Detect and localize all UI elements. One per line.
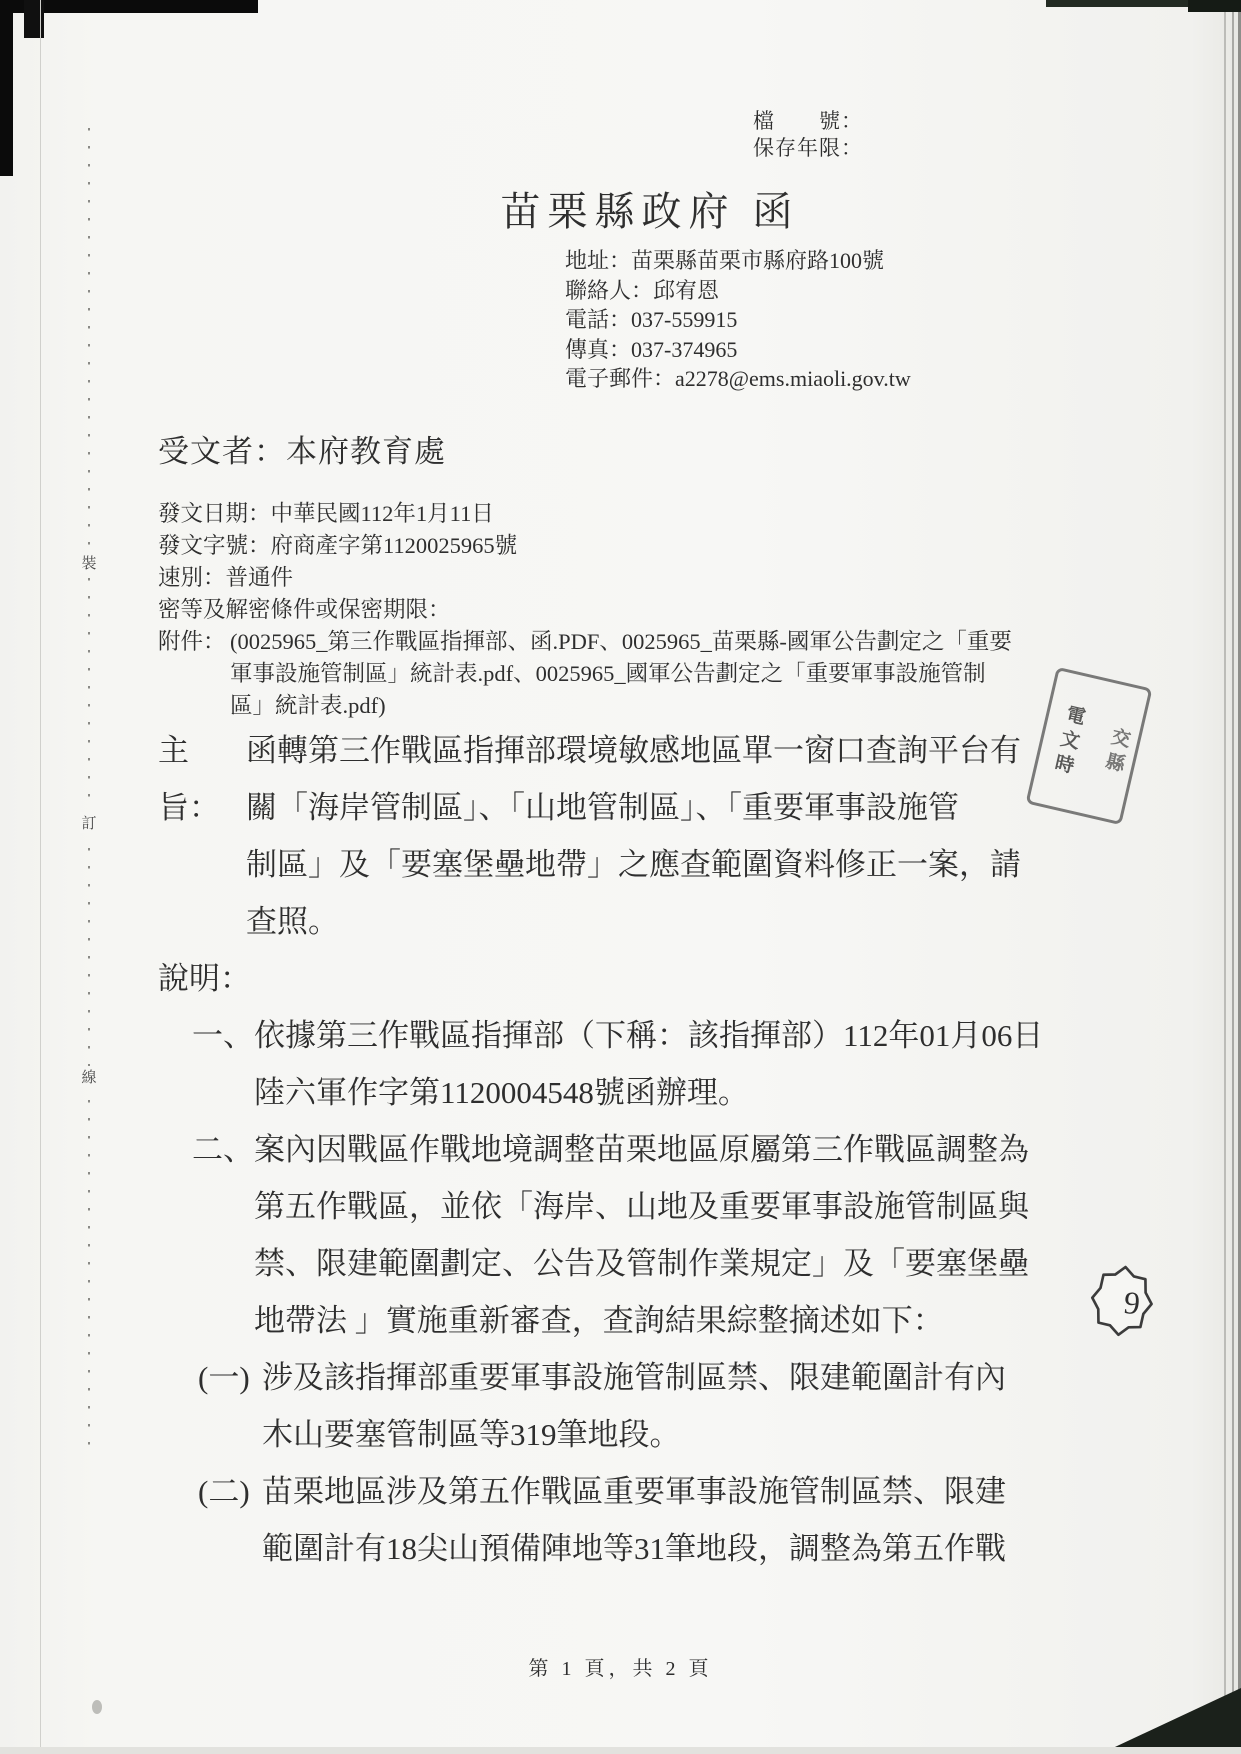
item-line: 地帶法 」實施重新審查，查詢結果綜整摘述如下： [254,1292,1118,1349]
speed-class: 速別：普通件 [158,562,1058,594]
scalloped-page-seal: 9 [1086,1255,1161,1347]
scan-artifact-left-strip [0,0,13,176]
paper-right-edge-line-1 [1224,0,1226,1754]
file-number-label: 檔 號： [753,108,863,135]
description-subitem-2: (二) 苗栗地區涉及第五作戰區重要軍事設施管制區禁、限建 範圍計有18尖山預備陣… [158,1463,1118,1577]
retention-period-label: 保存年限： [753,135,863,162]
sender-info-block: 地址：苗栗縣苗栗市縣府路100號 聯絡人：邱宥恩 電話：037-559915 傳… [565,246,911,394]
document-meta-block: 發文日期：中華民國112年1月11日 發文字號：府商產字第1120025965號… [158,498,1058,722]
scan-artifact-bottom-left-smudge [92,1700,102,1714]
attachment-lines: (0025965_第三作戰區指揮部、函.PDF、0025965_苗栗縣-國軍公告… [230,626,1058,722]
item-number: 一、 [192,1007,254,1121]
subitem-number: (二) [198,1463,262,1577]
scan-artifact-bottom-strip [0,1747,1241,1754]
item-text: 案內因戰區作戰地境調整苗栗地區原屬第三作戰區調整為 第五作戰區，並依「海岸、山地… [254,1121,1118,1349]
subject-section: 主旨： 函轉第三作戰區指揮部環境敏感地區單一窗口查詢平台有 關「海岸管制區」、「… [158,722,1118,950]
description-label: 說明： [158,950,1118,1007]
subject-line: 關「海岸管制區」、「山地管制區」、「重要軍事設施管 [246,779,1021,836]
page-footer: 第 1 頁，共 2 頁 [0,1652,1241,1681]
stamp-left-column: 電文時 [1046,702,1089,781]
scanned-document-page: 裝 訂 線 檔 號： 保存年限： 苗栗縣政府 函 地址：苗栗縣苗栗市縣府路100… [0,0,1241,1754]
item-number: 二、 [192,1121,254,1349]
description-item-1: 一、 依據第三作戰區指揮部（下稱：該指揮部）112年01月06日 陸六軍作字第1… [158,1007,1118,1121]
document-body: 主旨： 函轉第三作戰區指揮部環境敏感地區單一窗口查詢平台有 關「海岸管制區」、「… [158,722,1118,1577]
binding-mark-zhuang: 裝 [80,552,98,573]
attachment-label: 附件： [158,626,230,722]
binding-mark-ding: 訂 [80,812,98,833]
stamp-right-column: 交縣 [1097,725,1135,780]
subject-line: 制區」及「要塞堡壘地帶」之應查範圍資料修正一案，請 [246,836,1021,893]
seal-outline [1089,1264,1155,1338]
subject-line: 查照。 [246,893,1021,950]
item-line: 禁、限建範圍劃定、公告及管制作業規定」及「要塞堡壘 [254,1235,1118,1292]
sender-address: 地址：苗栗縣苗栗市縣府路100號 [565,246,911,276]
scan-artifact-bottom-right-blob [1100,1688,1241,1754]
sender-email: 電子郵件：a2278@ems.miaoli.gov.tw [565,364,911,394]
subitem-line: 木山要塞管制區等319筆地段。 [262,1406,1118,1463]
scan-artifact-top-right-corner [1188,0,1241,12]
subitem-line: 涉及該指揮部重要軍事設施管制區禁、限建範圍計有內 [262,1349,1118,1406]
document-title: 苗栗縣政府 函 [0,180,1241,237]
item-text: 依據第三作戰區指揮部（下稱：該指揮部）112年01月06日 陸六軍作字第1120… [254,1007,1118,1121]
issue-date: 發文日期：中華民國112年1月11日 [158,498,1058,530]
description-subitem-1: (一) 涉及該指揮部重要軍事設施管制區禁、限建範圍計有內 木山要塞管制區等319… [158,1349,1118,1463]
attachment-line: 軍事設施管制區」統計表.pdf、0025965_國軍公告劃定之「重要軍事設施管制 [230,658,1058,690]
item-line: 案內因戰區作戰地境調整苗栗地區原屬第三作戰區調整為 [254,1121,1118,1178]
subitem-text: 苗栗地區涉及第五作戰區重要軍事設施管制區禁、限建 範圍計有18尖山預備陣地等31… [262,1463,1118,1577]
attachment-row: 附件： (0025965_第三作戰區指揮部、函.PDF、0025965_苗栗縣-… [158,626,1058,722]
subitem-line: 苗栗地區涉及第五作戰區重要軍事設施管制區禁、限建 [262,1463,1118,1520]
description-item-2: 二、 案內因戰區作戰地境調整苗栗地區原屬第三作戰區調整為 第五作戰區，並依「海岸… [158,1121,1118,1349]
file-header: 檔 號： 保存年限： [753,108,863,162]
subject-text: 函轉第三作戰區指揮部環境敏感地區單一窗口查詢平台有 關「海岸管制區」、「山地管制… [246,722,1021,950]
attachment-line: (0025965_第三作戰區指揮部、函.PDF、0025965_苗栗縣-國軍公告… [230,626,1058,658]
paper-right-edge-line-2 [1232,0,1234,1754]
attachment-line: 區」統計表.pdf) [230,690,1058,722]
item-line: 第五作戰區，並依「海岸、山地及重要軍事設施管制區與 [254,1178,1118,1235]
item-line: 依據第三作戰區指揮部（下稱：該指揮部）112年01月06日 [254,1007,1118,1064]
item-line: 陸六軍作字第1120004548號函辦理。 [254,1064,1118,1121]
subitem-line: 範圍計有18尖山預備陣地等31筆地段，調整為第五作戰 [262,1520,1118,1577]
scan-artifact-top-corner [24,0,44,38]
sender-phone: 電話：037-559915 [565,305,911,335]
recipient-line: 受文者：本府教育處 [158,426,446,471]
sender-fax: 傳真：037-374965 [565,335,911,365]
issue-number: 發文字號：府商產字第1120025965號 [158,530,1058,562]
binding-dotted-line [88,128,90,1458]
subitem-number: (一) [198,1349,262,1463]
binding-mark-xian: 線 [80,1066,98,1087]
subject-label: 主旨： [158,722,246,950]
security-class: 密等及解密條件或保密期限： [158,594,1058,626]
paper-left-edge-line [40,0,41,1754]
sender-contact: 聯絡人：邱宥恩 [565,276,911,306]
subitem-text: 涉及該指揮部重要軍事設施管制區禁、限建範圍計有內 木山要塞管制區等319筆地段。 [262,1349,1118,1463]
subject-line: 函轉第三作戰區指揮部環境敏感地區單一窗口查詢平台有 [246,722,1021,779]
